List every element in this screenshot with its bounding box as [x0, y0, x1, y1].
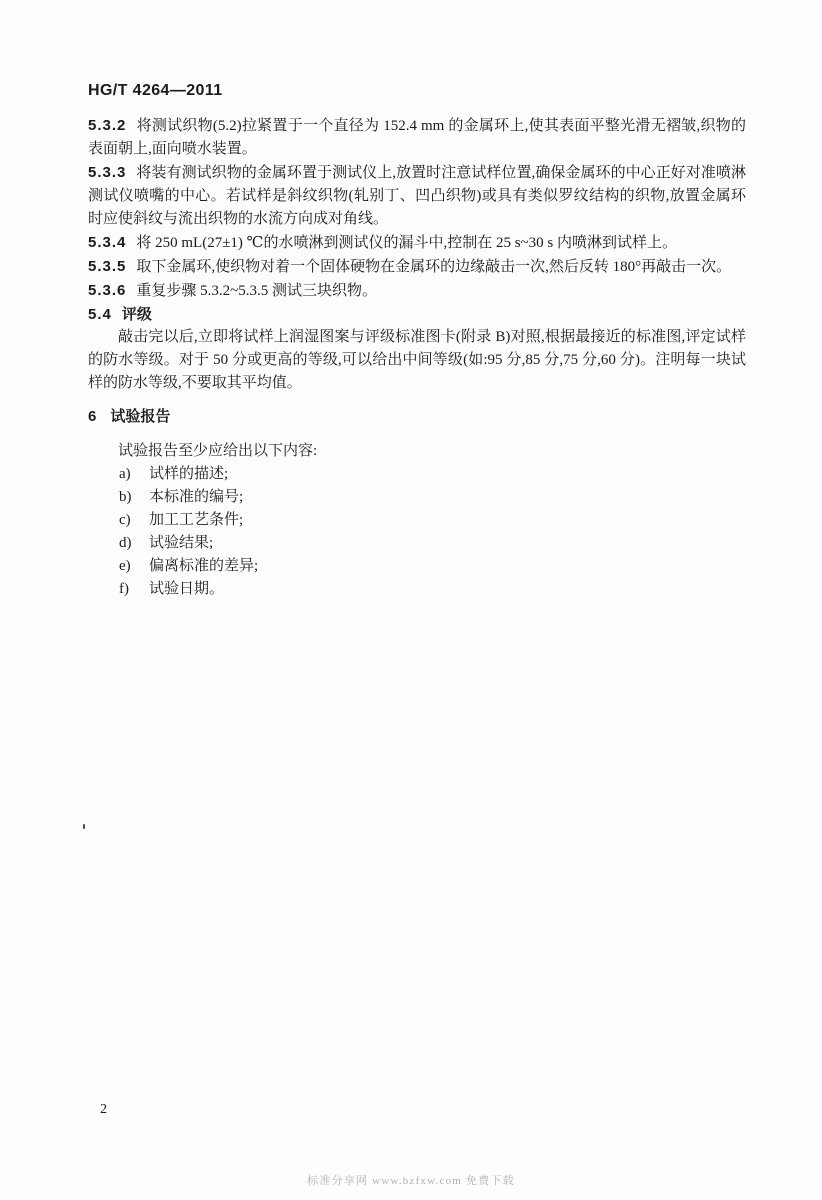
item-text: 试验日期。 [149, 581, 224, 597]
section-5-4-heading: 5.4评级 [88, 303, 746, 326]
clause-number: 5.3.5 [88, 258, 126, 275]
clause-text: 取下金属环,使织物对着一个固体硬物在金属环的边缘敲击一次,然后反转 180°再敲… [136, 259, 731, 275]
clause-number: 6 [88, 408, 97, 425]
section-title: 评级 [122, 306, 152, 323]
watermark: 标准分享网 www.bzfxw.com 免费下载 [0, 1172, 822, 1188]
report-intro: 试验报告至少应给出以下内容: [88, 440, 746, 463]
section-6-heading: 6试验报告 [88, 405, 746, 428]
scan-artifact-speck [83, 824, 85, 829]
report-list: a)试样的描述; b)本标准的编号; c)加工工艺条件; d)试验结果; e)偏… [88, 463, 746, 601]
item-text: 偏离标准的差异; [149, 558, 258, 574]
rating-paragraph: 敲击完以后,立即将试样上润湿图案与评级标准图卡(附录 B)对照,根据最接近的标准… [88, 326, 746, 395]
clause-number: 5.3.2 [88, 117, 126, 134]
report-item-c: c)加工工艺条件; [88, 509, 746, 532]
clause-text: 将测试织物(5.2)拉紧置于一个直径为 152.4 mm 的金属环上,使其表面平… [88, 118, 746, 157]
report-item-f: f)试验日期。 [88, 578, 746, 601]
report-item-e: e)偏离标准的差异; [88, 555, 746, 578]
page-number: 2 [100, 1102, 107, 1118]
item-letter: b) [119, 486, 149, 509]
item-text: 试样的描述; [149, 466, 228, 482]
clause-5-3-4: 5.3.4将 250 mL(27±1) ℃的水喷淋到测试仪的漏斗中,控制在 25… [88, 231, 746, 255]
clause-number: 5.4 [88, 306, 112, 323]
item-letter: f) [119, 578, 149, 601]
item-letter: c) [119, 509, 149, 532]
page-content: 5.3.2将测试织物(5.2)拉紧置于一个直径为 152.4 mm 的金属环上,… [88, 114, 746, 601]
clause-number: 5.3.4 [88, 234, 126, 251]
clause-5-3-3: 5.3.3将装有测试织物的金属环置于测试仪上,放置时注意试样位置,确保金属环的中… [88, 161, 746, 231]
clause-5-3-6: 5.3.6重复步骤 5.3.2~5.3.5 测试三块织物。 [88, 279, 746, 303]
document-page: HG/T 4264—2011 5.3.2将测试织物(5.2)拉紧置于一个直径为 … [0, 0, 822, 1200]
report-item-d: d)试验结果; [88, 532, 746, 555]
clause-text: 重复步骤 5.3.2~5.3.5 测试三块织物。 [136, 283, 377, 299]
report-item-a: a)试样的描述; [88, 463, 746, 486]
item-text: 本标准的编号; [149, 489, 243, 505]
section-title: 试验报告 [110, 408, 170, 425]
clause-text: 将装有测试织物的金属环置于测试仪上,放置时注意试样位置,确保金属环的中心正好对准… [88, 165, 746, 227]
report-item-b: b)本标准的编号; [88, 486, 746, 509]
item-letter: a) [119, 463, 149, 486]
standard-number-header: HG/T 4264—2011 [88, 82, 223, 100]
clause-number: 5.3.3 [88, 164, 126, 181]
clause-5-3-2: 5.3.2将测试织物(5.2)拉紧置于一个直径为 152.4 mm 的金属环上,… [88, 114, 746, 161]
clause-text: 将 250 mL(27±1) ℃的水喷淋到测试仪的漏斗中,控制在 25 s~30… [136, 235, 677, 251]
item-letter: d) [119, 532, 149, 555]
clause-5-3-5: 5.3.5取下金属环,使织物对着一个固体硬物在金属环的边缘敲击一次,然后反转 1… [88, 255, 746, 279]
clause-number: 5.3.6 [88, 282, 126, 299]
item-text: 试验结果; [149, 535, 213, 551]
item-text: 加工工艺条件; [149, 512, 243, 528]
item-letter: e) [119, 555, 149, 578]
